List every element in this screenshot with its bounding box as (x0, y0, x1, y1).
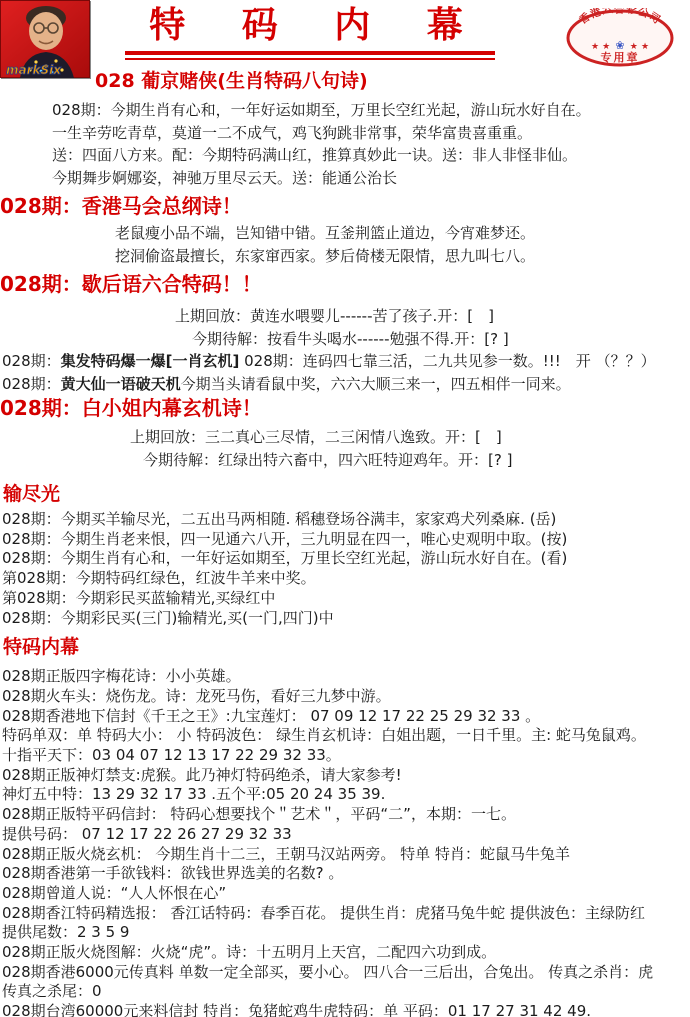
section-C: 028期：歇后语六合特码！！上期回放：黄连水喂婴儿------苦了孩子.开：[ … (0, 273, 690, 395)
section-F: 特码内幕028期正版四字梅花诗：小小英雄。028期火车头：烧伤龙。诗：龙死马伤，… (0, 636, 690, 1017)
tipster-photo: markSix (0, 0, 90, 78)
text-line: 028期正版神灯禁支:虎猴。此乃神灯特码绝杀，请大家参考! (0, 766, 690, 786)
text-line: 028期香港第一手欲钱料：欲钱世界选美的名数? 。 (0, 864, 690, 884)
line-bold-text: 黄大仙一语破天机 (61, 375, 181, 393)
company-seal-graphic: 香港六合彩公司 ★ ★ ❀ ★ ★ 专用章 (564, 8, 676, 68)
text-line: 028期：今期生肖老来恨，四一见通六八开，三九明显在四一，唯心史观明中取。(按) (0, 530, 690, 550)
text-line: 今期待解：红绿出特六畜中，四六旺特迎鸡年。开：[? ] (0, 449, 690, 472)
section-A: 028 葡京赌侠(生肖特码八句诗)028期：今期生肖有心和，一年好运如期至，万里… (0, 70, 690, 189)
section-heading: 输尽光 (3, 483, 690, 506)
text-line: 送：四面八方来。配：今期特码满山红，推算真妙此一诀。送：非人非怪非仙。 (0, 144, 690, 167)
line-text: 028期：连码四七靠三活，二九共见参一数。!!! 开 （？？） (239, 352, 655, 370)
text-line: 028期：今期生肖有心和，一年好运如期至，万里长空红光起，游山玩水好自在。(看) (0, 549, 690, 569)
company-seal: 香港六合彩公司 ★ ★ ❀ ★ ★ 专用章 (564, 8, 676, 68)
line-prefix: 028期： (2, 352, 61, 370)
section-B: 028期：香港马会总纲诗！老鼠瘦小品不端，岂知错中错。互釜荆篮止道边，今宵难梦还… (0, 195, 690, 267)
text-line: 028期火车头：烧伤龙。诗：龙死马伤，看好三九梦中游。 (0, 687, 690, 707)
tipster-photo-graphic: markSix (0, 0, 90, 78)
text-line: 028期正版四字梅花诗：小小英雄。 (0, 667, 690, 687)
text-line: 028期：今期彩民买(三门)输精光,买(一门,四门)中 (0, 609, 690, 629)
text-line: 上期回放：黄连水喂婴儿------苦了孩子.开：[ ] (0, 305, 690, 328)
text-line: 提供号码： 07 12 17 22 26 27 29 32 33 (0, 825, 690, 845)
text-line: 特码单双：单 特码大小： 小 特码波色： 绿生肖玄机诗：白姐出题，一日千里。主:… (0, 726, 690, 746)
text-line: 十指平天下：03 04 07 12 13 17 22 29 32 33。 (0, 746, 690, 766)
text-line: 传真之杀尾：0 (0, 982, 690, 1002)
marksix-logo: markSix (6, 63, 62, 77)
text-line: 第028期：今期彩民买蓝输精光,买绿红中 (0, 589, 690, 609)
line-prefix: 028期： (2, 375, 61, 393)
content: 028 葡京赌侠(生肖特码八句诗)028期：今期生肖有心和，一年好运如期至，万里… (0, 70, 690, 1017)
text-line: 028期正版火烧图解：火烧“虎”。诗：十五明月上天宫，二配四六功到成。 (0, 943, 690, 963)
section-heading: 028期：歇后语六合特码！！ (0, 273, 690, 296)
text-line: 今期待解：按看牛头喝水------勉强不得.开：[? ] (0, 328, 690, 351)
text-line: 028期香港6000元传真料 单数一定全部买，要小心。 四八合一三后出，合兔出。… (0, 963, 690, 983)
flyer-page: markSix 特 码 内 幕 香港六合彩公司 ★ ★ ❀ ★ ★ 专用章 (0, 0, 690, 1017)
text-line: 028期：今期买羊输尽光，二五出马两相随. 稻穗登场谷满丰，家家鸡犬列桑麻. (… (0, 510, 690, 530)
line-text: 今期当头请看鼠中奖，六六大顺三来一，四五相伴一同来。 (181, 375, 571, 393)
text-line: 028期正版特平码信封： 特码心想要找个＂艺术＂，平码“二”，本期：一七。 (0, 805, 690, 825)
section-heading: 028期：香港马会总纲诗！ (0, 195, 690, 218)
text-line: 第028期：今期特码红绿色，红波牛羊来中奖。 (0, 569, 690, 589)
section-D: 028期：白小姐内幕玄机诗！上期回放：三二真心三尽情，二三闲情八逸致。开：[ ]… (0, 397, 690, 471)
text-line: 上期回放：三二真心三尽情，二三闲情八逸致。开：[ ] (0, 426, 690, 449)
section-E: 输尽光028期：今期买羊输尽光，二五出马两相随. 稻穗登场谷满丰，家家鸡犬列桑麻… (0, 483, 690, 628)
seal-bottom-text: 专用章 (601, 50, 640, 64)
text-line: 028期香江特码精选报： 香江话特码：春季百花。 提供生肖：虎猪马兔牛蛇 提供波… (0, 904, 690, 924)
text-line: 028期：黄大仙一语破天机今期当头请看鼠中奖，六六大顺三来一，四五相伴一同来。 (0, 373, 690, 396)
section-heading: 028 葡京赌侠(生肖特码八句诗) (95, 70, 690, 93)
text-line: 提供尾数：2 3 5 9 (0, 923, 690, 943)
line-bold-text: 集发特码爆一爆[一肖玄机] (61, 352, 240, 370)
header: markSix 特 码 内 幕 香港六合彩公司 ★ ★ ❀ ★ ★ 专用章 (0, 0, 690, 64)
text-line: 老鼠瘦小品不端，岂知错中错。互釜荆篮止道边，今宵难梦还。 (0, 222, 690, 245)
section-heading: 028期：白小姐内幕玄机诗！ (0, 397, 690, 420)
text-line: 028期正版火烧玄机： 今期生肖十二三，王朝马汉站两旁。 特单 特肖：蛇鼠马牛兔… (0, 845, 690, 865)
page-title: 特 码 内 幕 (125, 6, 495, 55)
text-line: 028期曾道人说：“人人怀恨在心” (0, 884, 690, 904)
text-line: 今期舞步婀娜姿，神驰万里尽云天。送：能通公治长 (0, 167, 690, 190)
text-line: 神灯五中特：13 29 32 17 33 .五个平:05 20 24 35 39… (0, 785, 690, 805)
text-line: 028期：集发特码爆一爆[一肖玄机] 028期：连码四七靠三活，二九共见参一数。… (0, 350, 690, 373)
text-line: 028期台湾60000元来料信封 特肖：兔猪蛇鸡牛虎特码：单 平码：01 17 … (0, 1002, 690, 1017)
text-line: 挖洞偷盗最擅长，东家窜西家。梦后倚楼无限情，思九叫七八。 (0, 245, 690, 268)
text-line: 一生辛劳吃青草，莫道一二不成气，鸡飞狗跳非常事，荣华富贵喜重重。 (0, 122, 690, 145)
text-line: 028期香港地下信封《千王之王》:九宝莲灯： 07 09 12 17 22 25… (0, 707, 690, 727)
text-line: 028期：今期生肖有心和，一年好运如期至，万里长空红光起，游山玩水好自在。 (0, 99, 690, 122)
section-heading: 特码内幕 (3, 636, 690, 659)
